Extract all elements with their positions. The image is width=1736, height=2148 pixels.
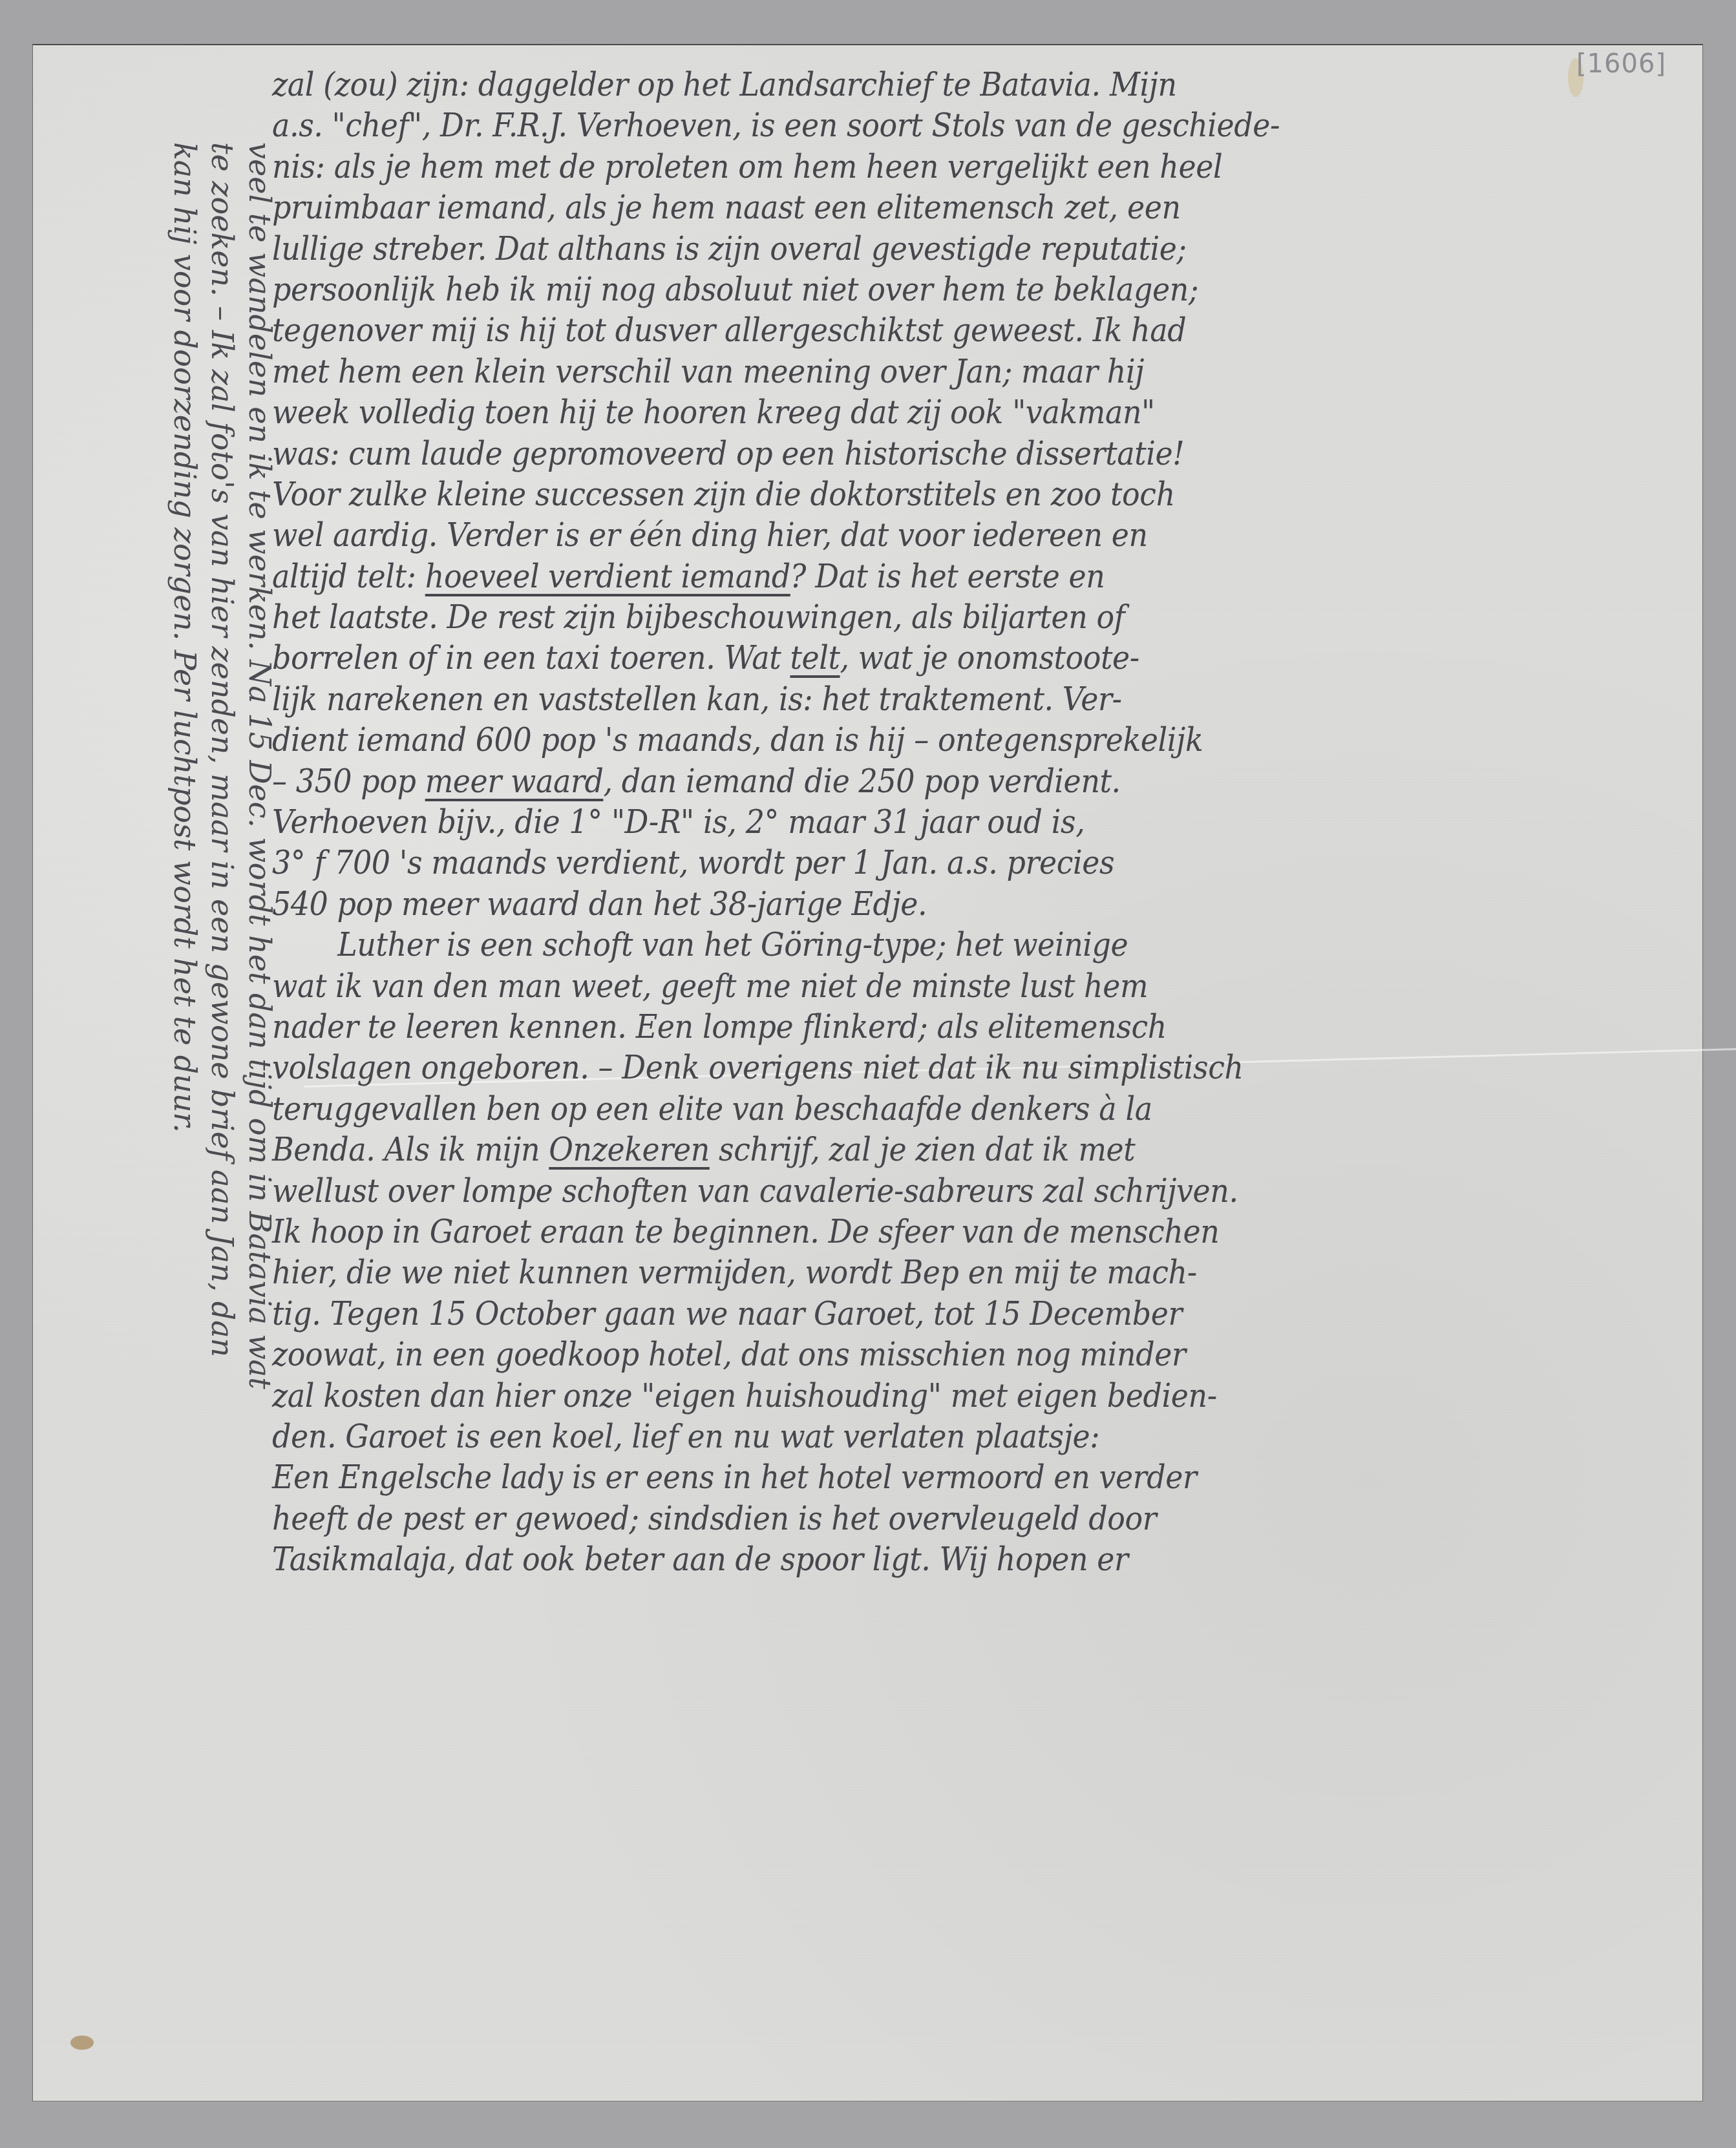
underlined-phrase: hoeveel verdient iemand (425, 558, 790, 595)
line-text: Ik hoop in Garoet eraan te beginnen. De … (272, 1213, 1219, 1250)
margin-note: veel te wandelen en ik te werken. Na 15 … (166, 142, 279, 2113)
letter-line: lijk narekenen en vaststellen kan, is: h… (272, 679, 1604, 720)
letter-line: 540 pop meer waard dan het 38-jarige Edj… (272, 884, 1604, 925)
line-text: – 350 pop (272, 763, 425, 800)
letter-body: zal (zou) zijn: daggelder op het Landsar… (272, 65, 1720, 1580)
letter-line: Benda. Als ik mijn Onzekeren schrijf, za… (272, 1130, 1604, 1170)
letter-line: Ik hoop in Garoet eraan te beginnen. De … (272, 1212, 1604, 1252)
letter-line: Een Engelsche lady is er eens in het hot… (272, 1457, 1604, 1498)
line-text: zoowat, in een goedkoop hotel, dat ons m… (272, 1336, 1185, 1373)
line-text: wel aardig. Verder is er één ding hier, … (272, 516, 1148, 554)
margin-line: kan hij voor doorzending zorgen. Per luc… (166, 142, 204, 2113)
line-text: met hem een klein verschil van meening o… (272, 353, 1144, 390)
letter-line: Luther is een schoft van het Göring-type… (272, 925, 1604, 965)
letter-line: het laatste. De rest zijn bijbeschouwing… (272, 597, 1604, 638)
line-text: hier, die we niet kunnen vermijden, word… (272, 1254, 1197, 1291)
letter-line: zal kosten dan hier onze "eigen huishoud… (272, 1376, 1604, 1416)
line-text: Tasikmalaja, dat ook beter aan de spoor … (272, 1541, 1128, 1578)
letter-line: tig. Tegen 15 October gaan we naar Garoe… (272, 1294, 1604, 1334)
line-text: ? Dat is het eerste en (790, 558, 1105, 595)
line-text: dient iemand 600 pop 's maands, dan is h… (272, 721, 1203, 759)
letter-line: week volledig toen hij te hooren kreeg d… (272, 392, 1604, 433)
letter-line: – 350 pop meer waard, dan iemand die 250… (272, 761, 1604, 802)
line-text: wellust over lompe schoften van cavaleri… (272, 1172, 1238, 1210)
line-text: , dan iemand die 250 pop verdient. (603, 763, 1120, 800)
letter-line: tegenover mij is hij tot dusver allerges… (272, 310, 1604, 351)
line-text: borrelen of in een taxi toeren. Wat (272, 639, 790, 677)
line-text: altijd telt: (272, 558, 425, 595)
underlined-phrase: telt (790, 639, 840, 677)
paper-stain (70, 2036, 94, 2050)
line-text: zal kosten dan hier onze "eigen huishoud… (272, 1377, 1217, 1415)
letter-line: Voor zulke kleine successen zijn die dok… (272, 474, 1604, 515)
letter-line: altijd telt: hoeveel verdient iemand? Da… (272, 556, 1604, 597)
line-text: tegenover mij is hij tot dusver allerges… (272, 311, 1186, 349)
letter-line: dient iemand 600 pop 's maands, dan is h… (272, 720, 1604, 761)
letter-line: nis: als je hem met de proleten om hem h… (272, 147, 1604, 187)
line-text: volslagen ongeboren. – Denk overigens ni… (272, 1049, 1244, 1086)
line-text: was: cum laude gepromoveerd op een histo… (272, 435, 1184, 472)
letter-line: nader te leeren kennen. Een lompe flinke… (272, 1007, 1604, 1048)
line-text: schrijf, zal je zien dat ik met (710, 1131, 1136, 1168)
line-text: nis: als je hem met de proleten om hem h… (272, 148, 1222, 185)
letter-line: wat ik van den man weet, geeft me niet d… (272, 966, 1604, 1007)
letter-line: zoowat, in een goedkoop hotel, dat ons m… (272, 1334, 1604, 1375)
line-text: Een Engelsche lady is er eens in het hot… (272, 1458, 1197, 1496)
line-text: Verhoeven bijv., die 1° "D-R" is, 2° maa… (272, 803, 1085, 841)
line-text: het laatste. De rest zijn bijbeschouwing… (272, 598, 1125, 636)
line-text: 3° f 700 's maands verdient, wordt per 1… (272, 844, 1114, 881)
line-text: heeft de pest er gewoed; sindsdien is he… (272, 1500, 1156, 1537)
line-text: Benda. Als ik mijn (272, 1131, 549, 1168)
line-text: teruggevallen ben op een elite van besch… (272, 1090, 1152, 1128)
letter-line: den. Garoet is een koel, lief en nu wat … (272, 1416, 1604, 1457)
line-text: nader te leeren kennen. Een lompe flinke… (272, 1008, 1167, 1046)
letter-line: borrelen of in een taxi toeren. Wat telt… (272, 638, 1604, 679)
line-text: den. Garoet is een koel, lief en nu wat … (272, 1418, 1099, 1455)
letter-line: heeft de pest er gewoed; sindsdien is he… (272, 1499, 1604, 1539)
line-text: wat ik van den man weet, geeft me niet d… (272, 967, 1148, 1005)
letter-line: wellust over lompe schoften van cavaleri… (272, 1171, 1604, 1212)
underlined-phrase: Onzekeren (549, 1131, 710, 1168)
letter-sheet: [1606] veel te wandelen en ik te werken.… (32, 44, 1703, 2101)
letter-line: pruimbaar iemand, als je hem naast een e… (272, 187, 1604, 228)
margin-line: te zoeken. – Ik zal foto's van hier zend… (204, 142, 241, 2113)
letter-line: 3° f 700 's maands verdient, wordt per 1… (272, 843, 1604, 883)
line-text: Luther is een schoft van het Göring-type… (337, 926, 1128, 963)
line-text: lijk narekenen en vaststellen kan, is: h… (272, 680, 1122, 718)
line-text: a.s. "chef", Dr. F.R.J. Verhoeven, is ee… (272, 107, 1280, 144)
letter-line: zal (zou) zijn: daggelder op het Landsar… (272, 65, 1604, 105)
line-text: lullige streber. Dat althans is zijn ove… (272, 230, 1187, 268)
line-text: tig. Tegen 15 October gaan we naar Garoe… (272, 1295, 1182, 1332)
letter-line: Tasikmalaja, dat ook beter aan de spoor … (272, 1539, 1604, 1580)
letter-line: volslagen ongeboren. – Denk overigens ni… (272, 1048, 1604, 1088)
letter-line: met hem een klein verschil van meening o… (272, 352, 1604, 392)
letter-line: was: cum laude gepromoveerd op een histo… (272, 434, 1604, 474)
letter-line: lullige streber. Dat althans is zijn ove… (272, 229, 1604, 269)
line-text: pruimbaar iemand, als je hem naast een e… (272, 189, 1181, 226)
line-text: persoonlijk heb ik mij nog absoluut niet… (272, 271, 1198, 308)
line-text: , wat je onomstoote- (840, 639, 1139, 677)
letter-line: teruggevallen ben op een elite van besch… (272, 1089, 1604, 1130)
underlined-phrase: meer waard (425, 763, 604, 800)
line-text: Voor zulke kleine successen zijn die dok… (272, 476, 1175, 513)
letter-line: persoonlijk heb ik mij nog absoluut niet… (272, 269, 1604, 310)
letter-line: a.s. "chef", Dr. F.R.J. Verhoeven, is ee… (272, 105, 1604, 146)
line-text: 540 pop meer waard dan het 38-jarige Edj… (272, 885, 927, 923)
line-text: zal (zou) zijn: daggelder op het Landsar… (272, 66, 1177, 103)
letter-line: Verhoeven bijv., die 1° "D-R" is, 2° maa… (272, 802, 1604, 843)
letter-line: hier, die we niet kunnen vermijden, word… (272, 1252, 1604, 1293)
letter-line: wel aardig. Verder is er één ding hier, … (272, 515, 1604, 556)
line-text: week volledig toen hij te hooren kreeg d… (272, 394, 1155, 431)
